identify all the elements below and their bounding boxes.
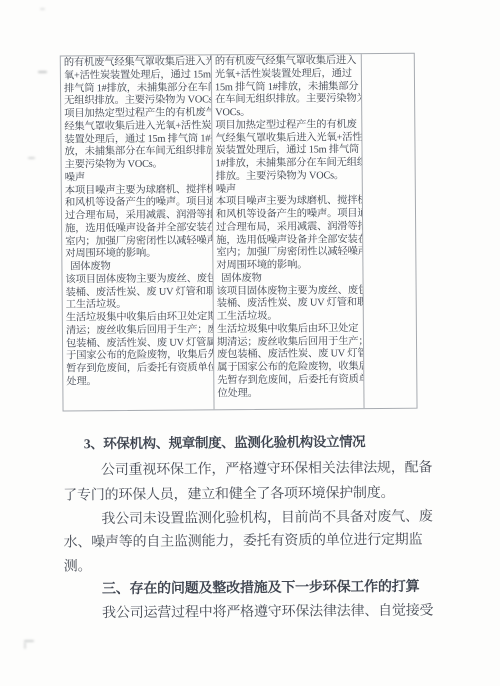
body-text-block: 3、环保机构、规章制度、监测化验机构设立情况 公司重视环保工作，严格遵守环保相关… [63,429,442,627]
section-3-paragraph-2: 我公司未设置监测化验机构，目前尚不具备对废气、废水、噪声等的自主监测能力，委托有… [63,506,441,579]
table-cell-empty [362,54,417,408]
section-three-paragraph-1: 我公司运营过程中将严格遵守环保法律法律、自觉接受 [64,599,441,626]
section-3-heading: 3、环保机构、规章制度、监测化验机构设立情况 [63,429,440,457]
page-content: 的有机废气经集气罩收集后进入光 氧+活性炭装置处理后，通过 15m 排气筒 1#… [0,0,500,686]
section-three-heading: 三、存在的问题及整改措施及下一步环保工作的打算 [64,575,441,602]
scanned-page: 的有机废气经集气罩收集后进入光 氧+活性炭装置处理后，通过 15m 排气筒 1#… [0,0,500,686]
table-cell-measures-left: 的有机废气经集气罩收集后进入光 氧+活性炭装置处理后，通过 15m 排气筒 1#… [61,55,215,410]
section-3-paragraph-1: 公司重视环保工作，严格遵守环保相关法律法规，配备了专门的环保人员，建立和健全了各… [63,457,440,509]
table-cell-measures-right: 的有机废气经集气罩收集后进入 光氧+活性炭装置处理后，通过 15m 排气筒 1#… [212,54,365,409]
pollution-measures-table: 的有机废气经集气罩收集后进入光 氧+活性炭装置处理后，通过 15m 排气筒 1#… [60,53,418,412]
